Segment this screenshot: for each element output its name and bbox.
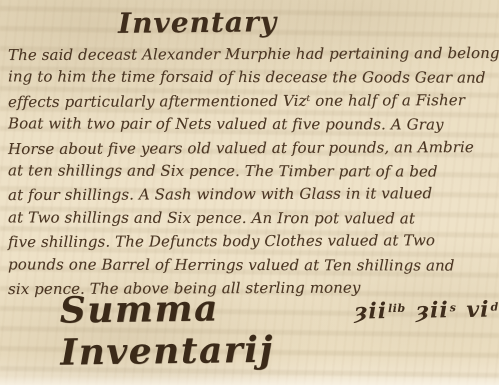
summa-amount-pence: vid — [466, 297, 499, 323]
text-line: at ten shillings and Six pence. The Timb… — [8, 159, 493, 184]
amount-value: ȝii — [415, 297, 448, 323]
document-title: Inventary — [0, 3, 447, 41]
summa-amount-pounds: ȝiilib — [354, 298, 406, 325]
text-line: effects particularly aftermentioned Vizᵗ… — [8, 89, 493, 115]
text-line: Boat with two pair of Nets valued at fiv… — [8, 113, 493, 138]
text-line: ing to him the time forsaid of his decea… — [8, 66, 493, 91]
text-line: at four shillings. A Sash window with Gl… — [8, 182, 493, 208]
text-line: at Two shillings and Six pence. An Iron … — [8, 206, 493, 231]
summa-label: Summa Inventarij — [59, 286, 340, 374]
amount-value: vi — [466, 297, 490, 323]
text-line: pounds one Barrel of Herrings valued at … — [8, 253, 493, 278]
summa-row: Summa Inventarij ȝiilib ȝiis vid — [0, 284, 499, 375]
manuscript-content: Inventary The said deceast Alexander Mur… — [0, 0, 499, 385]
body-text: The said deceast Alexander Murphie had p… — [0, 41, 499, 300]
manuscript-page: Inventary The said deceast Alexander Mur… — [0, 0, 499, 385]
amount-unit: lib — [388, 301, 406, 314]
text-line: five shillings. The Defuncts body Clothe… — [8, 229, 493, 255]
summa-amount-shillings: ȝiis — [415, 297, 456, 324]
amount-unit: d — [490, 300, 498, 313]
text-line: The said deceast Alexander Murphie had p… — [8, 42, 493, 68]
summa-amounts: ȝiilib ȝiis vid — [354, 297, 499, 325]
amount-unit: s — [450, 301, 457, 314]
amount-value: ȝii — [354, 298, 387, 324]
text-line: Horse about five years old valued at fou… — [8, 136, 493, 162]
